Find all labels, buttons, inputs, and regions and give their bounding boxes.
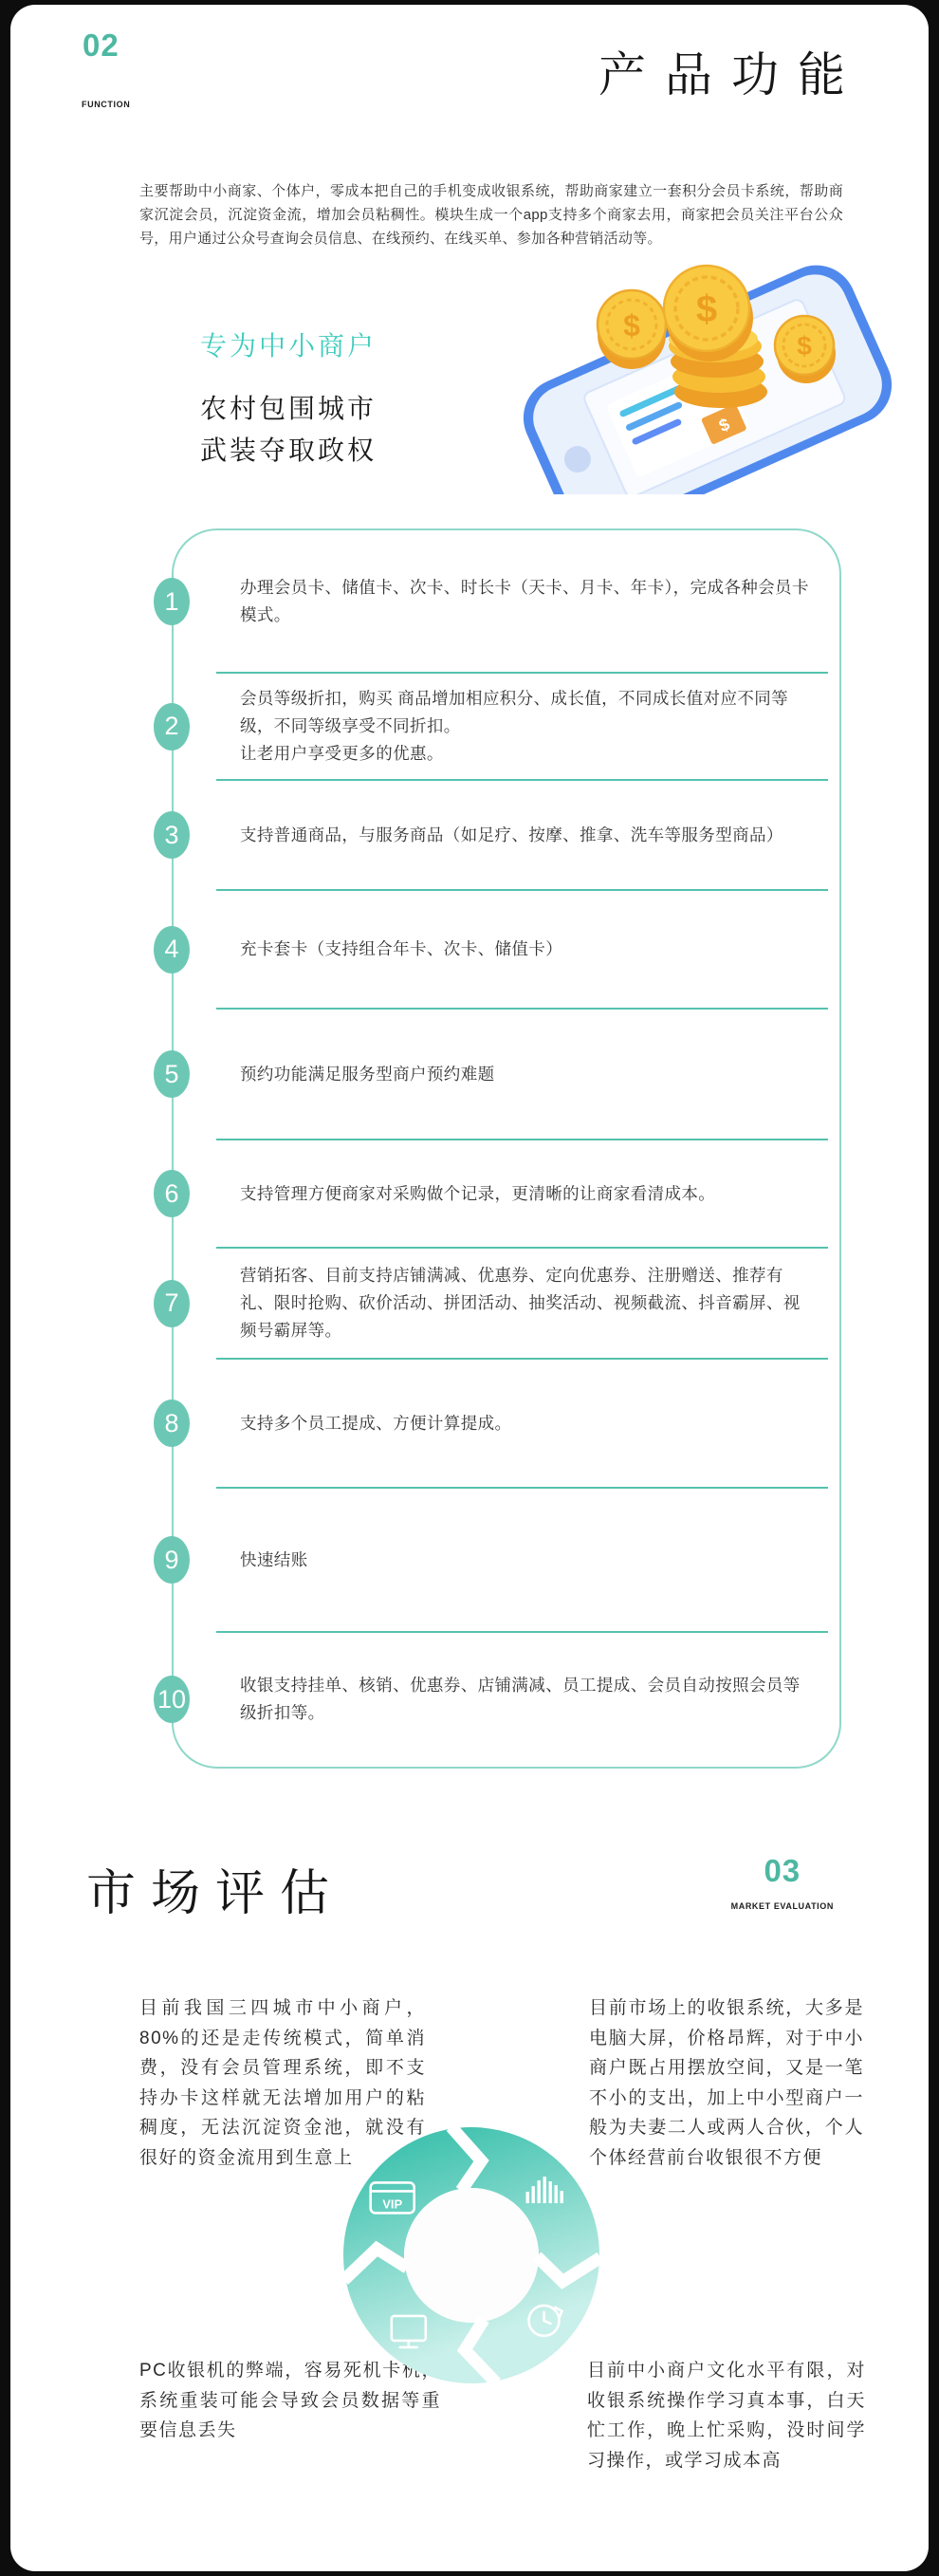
feature-number-badge: 9	[154, 1536, 190, 1584]
feature-number-badge: 8	[154, 1399, 190, 1447]
feature-item: 10 收银支持挂单、核销、优惠券、店铺满减、员工提成、会员自动按照会员等级折扣等…	[174, 1632, 839, 1767]
features-box: 1 办理会员卡、储值卡、次卡、时长卡（天卡、月卡、年卡），完成各种会员卡模式。 …	[172, 528, 841, 1769]
section-number: 02	[83, 28, 120, 64]
tagline-line-2: 武装夺取政权	[200, 430, 377, 472]
market-number-block: 03 MARKET EVALUATION	[731, 1853, 834, 1911]
phone-coins-illustration: $ $ $ $	[489, 250, 926, 494]
feature-text: 充卡套卡（支持组合年卡、次卡、储值卡）	[240, 936, 562, 963]
feature-number-badge: 1	[154, 578, 190, 625]
feature-item: 5 预约功能满足服务型商户预约难题	[174, 1009, 839, 1140]
feature-text: 支持多个员工提成、方便计算提成。	[240, 1410, 511, 1437]
feature-item: 3 支持普通商品，与服务商品（如足疗、按摩、推拿、洗车等服务型商品）	[174, 780, 839, 890]
feature-text: 快速结账	[240, 1547, 308, 1574]
cycle-diagram: VIP	[342, 2126, 600, 2384]
coin-symbol: $	[696, 288, 717, 330]
slide-sheet: 02 FUNCTION 产品功能 主要帮助中小商家、个体户，零成本把自己的手机变…	[10, 5, 929, 2571]
feature-number-badge: 4	[154, 926, 190, 973]
feature-number-badge: 10	[154, 1676, 190, 1723]
feature-text: 支持普通商品，与服务商品（如足疗、按摩、推拿、洗车等服务型商品）	[240, 822, 783, 849]
market-paragraph-top-right: 目前市场上的收银系统，大多是电脑大屏，价格昂辉，对于中小商户既占用摆放空间，又是…	[589, 1993, 864, 2173]
coin-symbol: $	[797, 331, 812, 361]
market-title: 市场评估	[86, 1853, 344, 1924]
feature-item: 1 办理会员卡、储值卡、次卡、时长卡（天卡、月卡、年卡），完成各种会员卡模式。	[174, 530, 839, 673]
feature-item: 7 营销拓客、目前支持店铺满减、优惠券、定向优惠券、注册赠送、推荐有礼、限时抢购…	[174, 1248, 839, 1359]
coin-symbol: $	[623, 308, 640, 343]
feature-number-badge: 5	[154, 1050, 190, 1098]
intro-paragraph: 主要帮助中小商家、个体户，零成本把自己的手机变成收银系统，帮助商家建立一套积分会…	[139, 179, 843, 250]
feature-text: 会员等级折扣，购买 商品增加相应积分、成长值，不同成长值对应不同等级，不同等级享…	[240, 685, 815, 768]
feature-item: 4 充卡套卡（支持组合年卡、次卡、储值卡）	[174, 890, 839, 1009]
section-subtitle: FUNCTION	[82, 100, 130, 109]
market-section-subtitle: MARKET EVALUATION	[731, 1901, 834, 1911]
tagline-line-1: 农村包围城市	[200, 388, 377, 430]
feature-item: 9 快速结账	[174, 1488, 839, 1632]
feature-number-badge: 6	[154, 1170, 190, 1217]
feature-number-badge: 3	[154, 811, 190, 859]
feature-item: 6 支持管理方便商家对采购做个记录，更清晰的让商家看清成本。	[174, 1140, 839, 1248]
feature-number-badge: 2	[154, 703, 190, 751]
tagline-block: 专为中小商户 农村包围城市 武装夺取政权	[200, 325, 377, 472]
section-title: 产品功能	[598, 37, 864, 105]
page-frame: { "function_section": { "number": "02", …	[0, 0, 939, 2576]
feature-text: 营销拓客、目前支持店铺满减、优惠券、定向优惠券、注册赠送、推荐有礼、限时抢购、砍…	[240, 1262, 815, 1344]
feature-text: 预约功能满足服务型商户预约难题	[240, 1061, 495, 1088]
feature-text: 办理会员卡、储值卡、次卡、时长卡（天卡、月卡、年卡），完成各种会员卡模式。	[240, 574, 815, 629]
feature-number-badge: 7	[154, 1280, 190, 1327]
tagline-highlight: 专为中小商户	[200, 325, 377, 363]
market-paragraph-bottom-right: 目前中小商户文化水平有限，对收银系统操作学习真本事，白天忙工作，晚上忙采购，没时…	[587, 2356, 866, 2475]
feature-item: 8 支持多个员工提成、方便计算提成。	[174, 1359, 839, 1488]
market-section-number: 03	[731, 1853, 834, 1889]
donut-center	[404, 2188, 539, 2323]
feature-text: 收银支持挂单、核销、优惠券、店铺满减、员工提成、会员自动按照会员等级折扣等。	[240, 1672, 815, 1727]
feature-text: 支持管理方便商家对采购做个记录，更清晰的让商家看清成本。	[240, 1180, 715, 1208]
svg-text:VIP: VIP	[382, 2196, 402, 2211]
feature-item: 2 会员等级折扣，购买 商品增加相应积分、成长值，不同成长值对应不同等级，不同等…	[174, 673, 839, 780]
